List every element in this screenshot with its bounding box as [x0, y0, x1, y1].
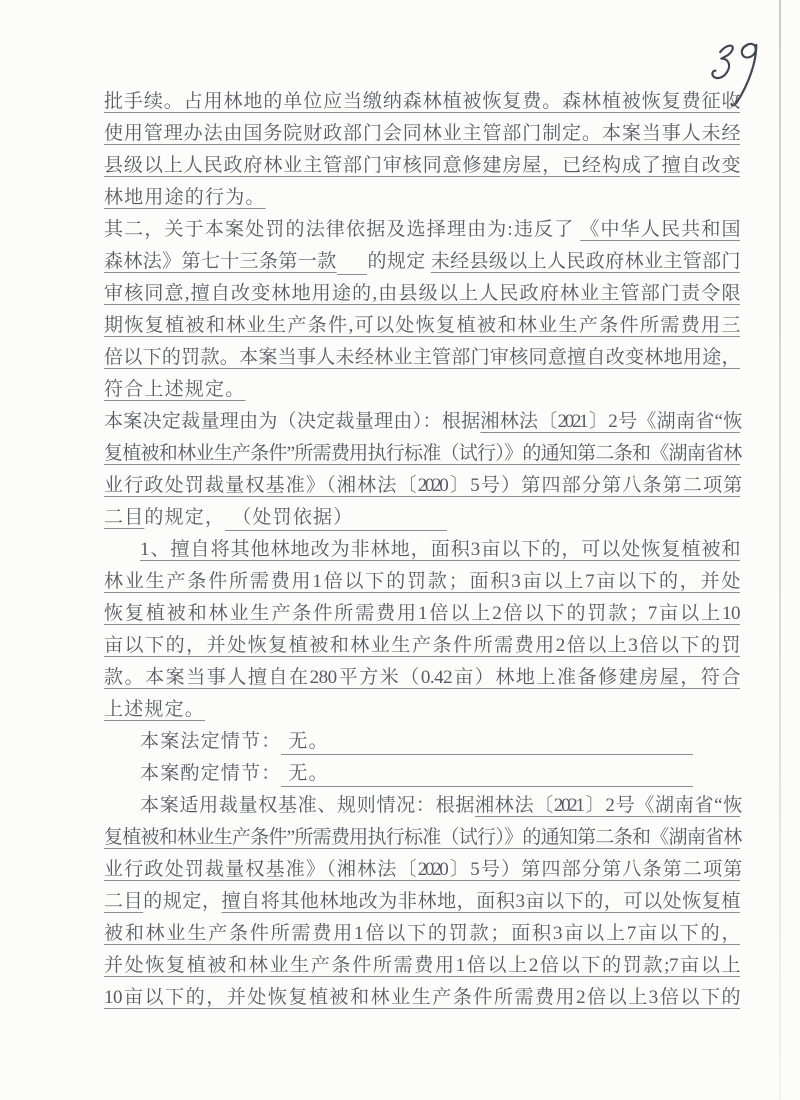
underlined-text-segment: 二目: [104, 891, 143, 912]
fill-in-blank: （处罚依据）: [225, 505, 447, 531]
text-line: 本案适用裁量权基准、规则情况：根据湘林法〔2021〕2号《湖南省“恢: [104, 790, 740, 822]
text-line: 二目的规定，（处罚依据）: [104, 502, 740, 534]
text-line: 批手续。占用林地的单位应当缴纳森林植被恢复费。森林植被恢复费征收: [104, 86, 740, 118]
digit-9-loop-stroke: [741, 43, 756, 59]
underlined-text-segment: 并处恢复植被和林业生产条件所需费用1倍以上2倍以下的罚款;7亩以上: [104, 955, 740, 976]
blank-underline: [337, 249, 367, 275]
underlined-text-segment: 复植被和林业生产条件”所需费用执行标准（试行）》的通知第二条和《湖南省林: [104, 443, 740, 464]
underlined-text-segment: 湘林法〔2021〕2号《湖南省“恢: [480, 411, 740, 432]
underlined-text-segment: 上述规定。: [104, 699, 205, 720]
underlined-text-segment: 10亩以下的，并处恢复植被和林业生产条件所需费用2倍以上3倍以下的: [104, 987, 740, 1008]
text-line: 本案法定情节：无。: [104, 726, 740, 758]
underlined-text-segment: 审核同意,擅自改变林地用途的,由县级以上人民政府林业主管部门责令限: [104, 283, 740, 304]
text-line: 恢复植被和林业生产条件所需费用1倍以上2倍以下的罚款；7亩以上10: [104, 598, 740, 630]
text-line: 业行政处罚裁量权基准》（湘林法〔2020〕5号）第四部分第八条第二项第: [104, 854, 740, 886]
text-line: 本案决定裁量理由为（决定裁量理由）：根据湘林法〔2021〕2号《湖南省“恢: [104, 406, 740, 438]
underlined-text-segment: 被和林业生产条件所需费用1倍以下的罚款；面积3亩以上7亩以下的，: [104, 923, 740, 944]
fill-in-blank: 无。: [281, 729, 693, 755]
digit-3-stroke: [712, 44, 733, 80]
underlined-text-segment: 使用管理办法由国务院财政部门会同林业主管部门制定。本案当事人未经: [104, 123, 740, 144]
text-line: 森林法》第七十三条第一款 的规定 未经县级以上人民政府林业主管部门: [104, 246, 740, 278]
underlined-text-segment: 二目: [104, 507, 144, 528]
text-line: 审核同意,擅自改变林地用途的,由县级以上人民政府林业主管部门责令限: [104, 278, 740, 310]
text-segment: 的规定，: [143, 891, 221, 912]
text-segment: 本案适用裁量权基准、规则情况：根据: [140, 795, 475, 816]
underlined-text-segment: 款。本案当事人擅自在280平方米（0.42亩）林地上准备修建房屋，符合: [104, 667, 740, 688]
text-line: 使用管理办法由国务院财政部门会同林业主管部门制定。本案当事人未经: [104, 118, 740, 150]
underlined-text-segment: 期恢复植被和林业生产条件,可以处恢复植被和林业生产条件所需费用三: [104, 315, 740, 336]
text-line: 本案酌定情节：无。: [104, 758, 740, 790]
underlined-text-segment: 亩以下的，并处恢复植被和林业生产条件所需费用2倍以上3倍以下的罚: [104, 635, 740, 656]
text-segment: 的规定，: [144, 507, 225, 528]
text-line: 倍以下的罚款。本案当事人未经林业主管部门审核同意擅自改变林地用途，: [104, 342, 740, 374]
text-line: 业行政处罚裁量权基准》（湘林法〔2020〕5号）第四部分第八条第二项第: [104, 470, 740, 502]
text-line: 复植被和林业生产条件”所需费用执行标准（试行）》的通知第二条和《湖南省林: [104, 438, 740, 470]
underlined-text-segment: 未经县级以上人民政府林业主管部门: [431, 251, 740, 272]
text-line: 亩以下的，并处恢复植被和林业生产条件所需费用2倍以上3倍以下的罚: [104, 630, 740, 662]
underlined-text-segment: 县级以上人民政府林业主管部门审核同意修建房屋，已经构成了擅自改变: [104, 155, 740, 176]
fill-in-blank: 无。: [281, 761, 693, 787]
text-line: 其二，关于本案处罚的法律依据及选择理由为:违反了 《中华人民共和国: [104, 214, 740, 246]
underlined-text-segment: 林业生产条件所需费用1倍以下的罚款；面积3亩以上7亩以下的，并处: [104, 571, 740, 592]
text-line: 上述规定。: [104, 694, 740, 726]
text-segment: 本案酌定情节：: [140, 763, 281, 784]
scan-edge-line: [779, 0, 781, 1100]
text-segment: 的规定: [367, 251, 431, 272]
text-line: 县级以上人民政府林业主管部门审核同意修建房屋，已经构成了擅自改变: [104, 150, 740, 182]
underlined-text-segment: 业行政处罚裁量权基准》（湘林法〔2020〕5号）第四部分第八条第二项第: [104, 859, 740, 880]
underlined-text-segment: 恢复植被和林业生产条件所需费用1倍以上2倍以下的罚款；7亩以上10: [104, 603, 740, 624]
text-line: 期恢复植被和林业生产条件,可以处恢复植被和林业生产条件所需费用三: [104, 310, 740, 342]
scanned-page: 批手续。占用林地的单位应当缴纳森林植被恢复费。森林植被恢复费征收使用管理办法由国…: [0, 0, 800, 1100]
text-line: 款。本案当事人擅自在280平方米（0.42亩）林地上准备修建房屋，符合: [104, 662, 740, 694]
text-line: 被和林业生产条件所需费用1倍以下的罚款；面积3亩以上7亩以下的，: [104, 918, 740, 950]
underlined-text-segment: 《中华人民共和国: [580, 219, 740, 240]
underlined-text-segment: 批手续。占用林地的单位应当缴纳森林植被恢复费。森林植被恢复费征收: [104, 91, 740, 112]
underlined-text-segment: 复植被和林业生产条件”所需费用执行标准（试行）》的通知第二条和《湖南省林: [104, 827, 740, 848]
text-line: 二目的规定，擅自将其他林地改为非林地，面积3亩以下的，可以处恢复植: [104, 886, 740, 918]
text-line: 并处恢复植被和林业生产条件所需费用1倍以上2倍以下的罚款;7亩以上: [104, 950, 740, 982]
underlined-text-segment: 倍以下的罚款。本案当事人未经林业主管部门审核同意擅自改变林地用途，: [104, 347, 740, 368]
underlined-text-segment: 湘林法〔2021〕2号《湖南省“恢: [475, 795, 740, 816]
underlined-text-segment: 业行政处罚裁量权基准》（湘林法〔2020〕5号）第四部分第八条第二项第: [104, 475, 740, 496]
text-line: 林地用途的行为。: [104, 182, 740, 214]
underlined-text-segment: 林地用途的行为。: [104, 187, 266, 208]
underlined-text-segment: 1、擅自将其他林地改为非林地，面积3亩以下的，可以处恢复植被和: [140, 539, 740, 560]
document-body: 批手续。占用林地的单位应当缴纳森林植被恢复费。森林植被恢复费征收使用管理办法由国…: [104, 86, 740, 1014]
text-line: 复植被和林业生产条件”所需费用执行标准（试行）》的通知第二条和《湖南省林: [104, 822, 740, 854]
underlined-text-segment: 擅自将其他林地改为非林地，面积3亩以下的，可以处恢复植: [222, 891, 740, 912]
underlined-text-segment: 森林法》第七十三条第一款: [104, 251, 337, 272]
underlined-text-segment: 符合上述规定。: [104, 379, 245, 400]
text-line: 符合上述规定。: [104, 374, 740, 406]
text-segment: 本案法定情节：: [140, 731, 281, 752]
text-segment: 其二，关于本案处罚的法律依据及选择理由为:违反了: [104, 219, 580, 240]
text-segment: 本案决定裁量理由为（决定裁量理由）：根据: [104, 411, 480, 432]
text-line: 林业生产条件所需费用1倍以下的罚款；面积3亩以上7亩以下的，并处: [104, 566, 740, 598]
text-line: 1、擅自将其他林地改为非林地，面积3亩以下的，可以处恢复植被和: [104, 534, 740, 566]
text-line: 10亩以下的，并处恢复植被和林业生产条件所需费用2倍以上3倍以下的: [104, 982, 740, 1014]
